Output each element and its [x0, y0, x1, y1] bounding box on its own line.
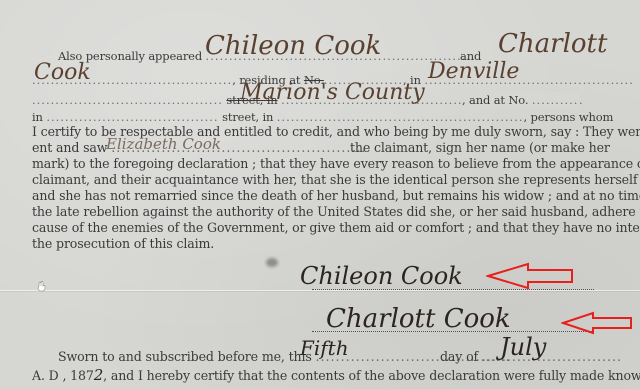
paragraph-line-4: claimant, and their acquaintance with he…	[32, 172, 640, 188]
handwritten-month: July	[500, 333, 546, 361]
paragraph-line-8: the prosecution of this claim.	[32, 236, 214, 252]
handwritten-year-digit: 2	[94, 366, 103, 384]
paragraph-line-6: the late rebellion against the authority…	[32, 204, 640, 220]
paragraph-line-7: cause of the enemies of the Government, …	[32, 220, 640, 236]
red-arrow-2-icon	[561, 311, 633, 335]
handwritten-town: Denville	[428, 59, 519, 84]
and-at-no-label: , and at No. ..........	[462, 92, 578, 108]
line-persons-whom: in .....................................…	[32, 109, 613, 125]
signature-1: Chileon Cook	[300, 262, 463, 290]
pension-declaration-document: Also personally appeared ...............…	[0, 0, 640, 389]
hand-cursor-icon	[37, 281, 46, 292]
handwritten-day: Fifth	[300, 336, 349, 360]
handwritten-county: Marion's County	[240, 80, 425, 105]
paragraph-line-5: and she has not remarried since the deat…	[32, 188, 640, 204]
paragraph-line-2-rest: the claimant, sign her name (or make her	[350, 140, 610, 156]
ink-blot	[266, 258, 278, 267]
last-line: A. D , 1872, and I hereby certify that t…	[32, 367, 640, 384]
red-arrow-1-icon	[486, 262, 576, 290]
handwritten-claimant-name: Elizabeth Cook	[106, 135, 221, 153]
handwritten-name-2-first: Charlott	[498, 29, 607, 59]
paper-fold	[0, 290, 640, 291]
handwritten-name-1: Chileon Cook	[205, 31, 381, 61]
signature-2: Charlott Cook	[326, 304, 511, 334]
paragraph-line-3: mark) to the foregoing declaration ; tha…	[32, 156, 640, 172]
handwritten-name-2-last: Cook	[34, 60, 91, 85]
